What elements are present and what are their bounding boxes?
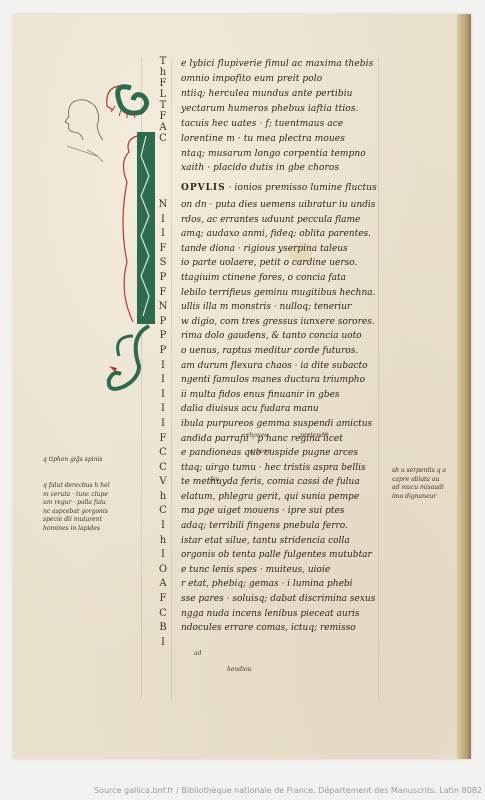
initial-letter: T bbox=[156, 100, 170, 111]
heading-line: OPVLIS · ionios premisso lumine fluctus bbox=[181, 183, 377, 193]
interlinear-gloss: fcu bbox=[210, 476, 219, 483]
source-attribution: Source gallica.bnf.fr / Bibliothèque nat… bbox=[94, 786, 482, 795]
initial-letter: F bbox=[156, 78, 170, 89]
initial-letter: F bbox=[156, 111, 170, 122]
ruling-line bbox=[378, 58, 379, 699]
margin-note-left-1: q tiphon gig̃s spinis bbox=[43, 456, 102, 465]
initial-letter: h bbox=[156, 67, 170, 78]
text-line: xaith · placido dutis in gbe choros bbox=[181, 163, 339, 173]
interlinear-gloss: pretendit bbox=[300, 432, 328, 439]
text-line: ntiiq; herculea mundus ante pertibiu bbox=[181, 89, 353, 99]
initial-letter: C bbox=[156, 133, 170, 144]
margin-note-right: sh u serpentis q a capre ablata au ad mu… bbox=[392, 467, 446, 501]
interlinear-gloss: arbona bbox=[250, 448, 271, 455]
text-line: ntaq; musarum longo corpentia tempno bbox=[181, 149, 366, 159]
main-lines: on dn · puta dies uemens uibratur iu und… bbox=[181, 198, 375, 636]
text-line: omnio impofito eum preit polo bbox=[181, 74, 322, 84]
interlinear-gloss: ad bbox=[194, 650, 201, 657]
initial-letter: L bbox=[156, 89, 170, 100]
text-line: tacuis hec uates · f; tuentmaus ace bbox=[181, 119, 343, 129]
heading-word: OPVLIS bbox=[181, 183, 226, 193]
text-line: lorentine m · tu mea plectra moues bbox=[181, 134, 345, 144]
text-line: e lybici flupiverie fimul ac maxima theb… bbox=[181, 59, 373, 69]
initial-letters-main: NI IF SP FN PP PI II II FC CV hC Ih IO A… bbox=[156, 198, 170, 650]
interlinear-gloss: hendiou bbox=[227, 666, 252, 673]
margin-note-left-2: q falut derecbus h hel m ceruta · tunc c… bbox=[43, 482, 110, 533]
initial-letters-top: T h F L T F A C bbox=[156, 56, 170, 144]
interlinear-gloss: chonee bbox=[246, 432, 268, 439]
ruling-line bbox=[171, 58, 172, 699]
text-line: yectarum humeros phebus iaftia ttios. bbox=[181, 104, 359, 114]
sketched-head-drawing bbox=[53, 96, 105, 166]
initial-letter: A bbox=[156, 122, 170, 133]
page-gutter bbox=[457, 14, 471, 759]
text-line: · ionios premisso lumine fluctus bbox=[229, 183, 377, 193]
initial-letter: T bbox=[156, 56, 170, 67]
